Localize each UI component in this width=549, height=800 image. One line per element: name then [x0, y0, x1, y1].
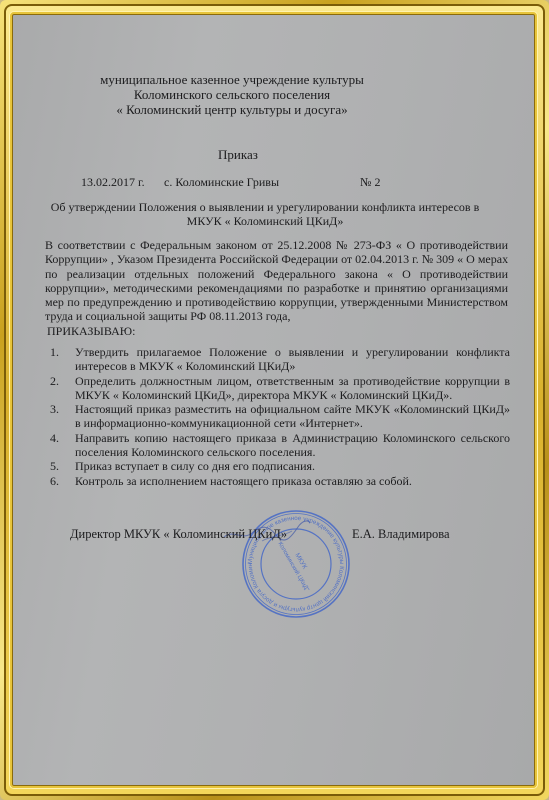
- order-item-text: Настоящий приказ разместить на официальн…: [75, 402, 510, 416]
- order-item-text: Контроль за исполнением настоящего прика…: [75, 474, 510, 488]
- document-title: Приказ: [218, 147, 258, 163]
- order-date: 13.02.2017 г.: [81, 175, 145, 190]
- order-item-text: Направить копию настоящего приказа в Адм…: [75, 431, 510, 445]
- preamble-line: Коррупции» , Указом Президента Российско…: [45, 252, 508, 266]
- preamble-line: мер по предупреждению и противодействию …: [45, 295, 508, 309]
- signature-block: Директор МКУК « Коломинский ЦКиД» Е.А. В…: [70, 527, 287, 542]
- subject-line-1: Об утверждении Положения о выявлении и у…: [50, 200, 480, 214]
- org-header-line-3: « Коломинский центр культуры и досуга»: [72, 102, 392, 117]
- order-item-text: Приказ вступает в силу со дня его подпис…: [75, 459, 510, 473]
- preamble-line: по реализации отдельных положений Федера…: [45, 267, 508, 281]
- preamble-paragraph: В соответствии с Федеральным законом от …: [45, 238, 508, 324]
- org-header-line-2: Коломинского сельского поселения: [72, 87, 392, 102]
- signatory-position: Директор МКУК « Коломинский ЦКиД»: [70, 527, 287, 541]
- order-place: с. Коломинские Гривы: [164, 175, 279, 190]
- signatory-name: Е.А. Владимирова: [352, 527, 450, 542]
- order-item-number: 5.: [50, 459, 59, 473]
- gold-frame: муниципальное казенное учреждение культу…: [0, 0, 549, 800]
- order-item-text: в информационно-коммуникационной сети «И…: [75, 416, 510, 430]
- order-item-number: 4.: [50, 431, 59, 445]
- order-items-list: 1. Утвердить прилагаемое Положение о выя…: [50, 345, 510, 488]
- order-number: № 2: [360, 175, 380, 190]
- organization-header: муниципальное казенное учреждение культу…: [72, 72, 392, 117]
- order-item-text: Утвердить прилагаемое Положение о выявле…: [75, 345, 510, 359]
- order-item-text: Определить должностным лицом, ответствен…: [75, 374, 510, 388]
- document-page: муниципальное казенное учреждение культу…: [10, 12, 537, 788]
- preamble-line: В соответствии с Федеральным законом от …: [45, 238, 508, 252]
- order-item-number: 6.: [50, 474, 59, 488]
- order-item: 6. Контроль за исполнением настоящего пр…: [50, 474, 510, 488]
- order-item: 3. Настоящий приказ разместить на официа…: [50, 402, 510, 431]
- order-item: 2. Определить должностным лицом, ответст…: [50, 374, 510, 403]
- order-subject: Об утверждении Положения о выявлении и у…: [50, 200, 480, 228]
- preamble-line: коррупции», методическими рекомендациями…: [45, 281, 508, 295]
- order-item-number: 2.: [50, 374, 59, 388]
- subject-line-2: МКУК « Коломинский ЦКиД»: [50, 214, 480, 228]
- paper-sheet: муниципальное казенное учреждение культу…: [12, 14, 535, 786]
- order-item-text: поселения Коломинского сельского поселен…: [75, 445, 510, 459]
- order-item-text: интересов в МКУК « Коломинский ЦКиД»: [75, 359, 510, 373]
- preamble-line: труда и социальной защиты РФ 08.11.2013 …: [45, 309, 508, 323]
- order-item-text: МКУК « Коломинский ЦКиД», директора МКУК…: [75, 388, 510, 402]
- order-item-number: 3.: [50, 402, 59, 416]
- order-item: 1. Утвердить прилагаемое Положение о выя…: [50, 345, 510, 374]
- order-directive: ПРИКАЗЫВАЮ:: [47, 324, 135, 339]
- order-item: 5. Приказ вступает в силу со дня его под…: [50, 459, 510, 473]
- org-header-line-1: муниципальное казенное учреждение культу…: [72, 72, 392, 87]
- order-item: 4. Направить копию настоящего приказа в …: [50, 431, 510, 460]
- order-item-number: 1.: [50, 345, 59, 359]
